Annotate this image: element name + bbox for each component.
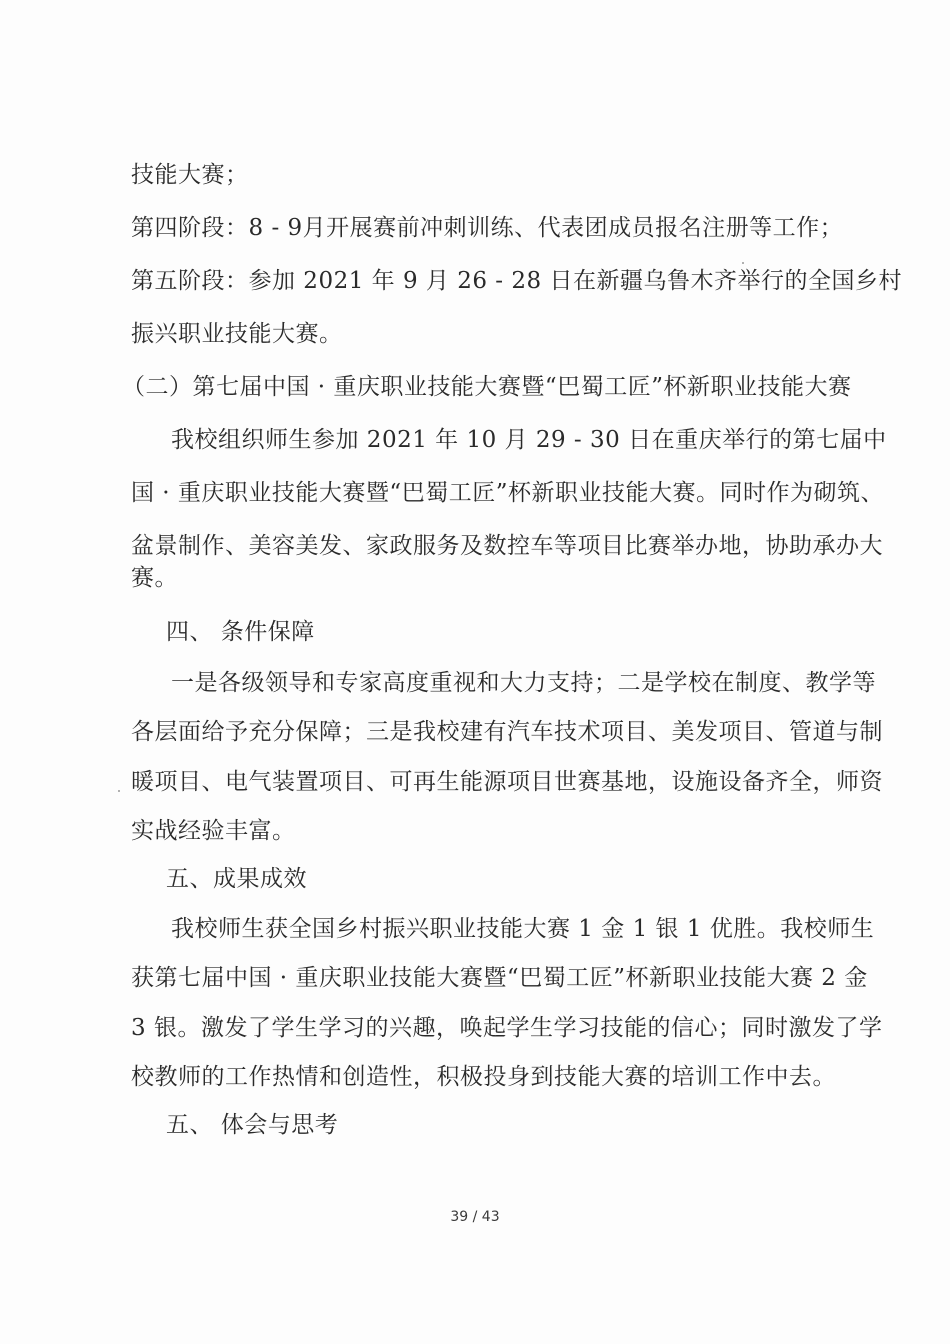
text-line: 3 银。激发了学生学习的兴趣，唤起学生学习技能的信心；同时激发了学 [131, 1013, 827, 1043]
section-heading-conditions: 四、 条件保障 [166, 617, 315, 647]
paragraph-first-line: 我校师生获全国乡村振兴职业技能大赛 1 金 1 银 1 优胜。我校师生 [171, 914, 827, 944]
page-number: 39 / 43 [0, 1209, 950, 1225]
text-line: 技能大赛； [131, 160, 827, 190]
section-subheading: （二）第七届中国 · 重庆职业技能大赛暨“巴蜀工匠”杯新职业技能大赛 [122, 372, 827, 402]
text-line: 振兴职业技能大赛。 [131, 319, 827, 349]
text-line: 国 · 重庆职业技能大赛暨“巴蜀工匠”杯新职业技能大赛。同时作为砌筑、 [131, 478, 827, 508]
scan-speck [742, 262, 744, 264]
paragraph-first-line: 我校组织师生参加 2021 年 10 月 29 - 30 日在重庆举行的第七届中 [171, 425, 827, 455]
section-heading-results: 五、成果成效 [166, 864, 307, 894]
document-page: 技能大赛； 第四阶段：8 - 9月开展赛前冲刺训练、代表团成员报名注册等工作； … [0, 0, 950, 1344]
text-line: 赛。 [131, 563, 827, 593]
text-line: 盆景制作、美容美发、家政服务及数控车等项目比赛举办地，协助承办大 [131, 531, 827, 561]
paragraph-first-line: 一是各级领导和专家高度重视和大力支持；二是学校在制度、教学等 [171, 668, 827, 698]
text-line: 第四阶段：8 - 9月开展赛前冲刺训练、代表团成员报名注册等工作； [131, 213, 827, 243]
text-line: 实战经验丰富。 [131, 816, 827, 846]
text-line: 校教师的工作热情和创造性，积极投身到技能大赛的培训工作中去。 [131, 1062, 827, 1092]
text-line: 暖项目、电气装置项目、可再生能源项目世赛基地，设施设备齐全，师资 [131, 767, 827, 797]
text-line: 各层面给予充分保障；三是我校建有汽车技术项目、美发项目、管道与制 [131, 717, 827, 747]
scan-speck [118, 790, 120, 792]
text-line: 获第七届中国 · 重庆职业技能大赛暨“巴蜀工匠”杯新职业技能大赛 2 金 [131, 963, 827, 993]
text-line: 第五阶段：参加 2021 年 9 月 26 - 28 日在新疆乌鲁木齐举行的全国… [131, 266, 827, 296]
section-heading-reflections: 五、 体会与思考 [166, 1110, 338, 1140]
